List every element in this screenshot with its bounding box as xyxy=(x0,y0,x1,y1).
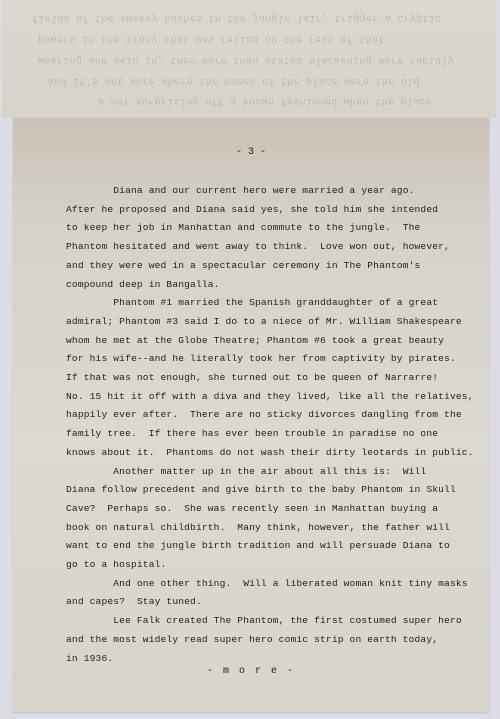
text-line: book on natural childbirth. Many think, … xyxy=(66,519,486,538)
text-line: family tree. If there has ever been trou… xyxy=(66,425,486,444)
folded-top-sheet: fields of the smokey bushes in the jungl… xyxy=(2,0,496,118)
text-line: happily ever after. There are no sticky … xyxy=(66,406,486,425)
text-line: If that was not enough, she turned out t… xyxy=(66,369,486,388)
bleed-through-text: fields of the smokey bushes in the jungl… xyxy=(32,12,496,23)
text-line: Another matter up in the air about all t… xyxy=(66,463,486,482)
text-line: and they were wed in a spectacular cerem… xyxy=(66,257,486,276)
typed-page: - 3 - Diana and our current hero were ma… xyxy=(13,118,489,712)
text-line: After he proposed and Diana said yes, sh… xyxy=(66,201,486,220)
text-line: Phantom hesitated and went away to think… xyxy=(66,238,486,257)
text-line: whom he met at the Globe Theatre; Phanto… xyxy=(66,332,486,351)
text-line: and capes? Stay tuned. xyxy=(66,593,486,612)
text-line: admiral; Phantom #3 said I do to a niece… xyxy=(66,313,486,332)
text-line: No. 15 hit it off with a diva and they l… xyxy=(66,388,486,407)
text-line: Lee Falk created The Phantom, the first … xyxy=(66,612,486,631)
continuation-marker: - m o r e - xyxy=(13,666,489,677)
text-line: go to a hospital. xyxy=(66,556,486,575)
bleed-through-text: and it's not sure where the bones of the… xyxy=(48,75,496,86)
text-line: Cave? Perhaps so. She was recently seen … xyxy=(66,500,486,519)
bleed-through-text: powers in the story that was relied on t… xyxy=(38,33,496,44)
text-line: Phantom #1 married the Spanish granddaug… xyxy=(66,294,486,313)
bleed-through-text: a not surprising off a known fashioned w… xyxy=(98,95,496,106)
text-line: Diana and our current hero were married … xyxy=(66,182,486,201)
text-line: and the most widely read super hero comi… xyxy=(66,631,486,650)
bleed-through-text: wearing and skin in, then more than stat… xyxy=(38,54,496,65)
text-line: And one other thing. Will a liberated wo… xyxy=(66,575,486,594)
text-line: want to end the jungle birth tradition a… xyxy=(66,537,486,556)
text-line: compound deep in Bangalla. xyxy=(66,276,486,295)
page-number: - 3 - xyxy=(13,147,489,158)
text-line: knows about it. Phantoms do not wash the… xyxy=(66,444,486,463)
text-line: Diana follow precedent and give birth to… xyxy=(66,481,486,500)
body-text: Diana and our current hero were married … xyxy=(66,182,486,668)
text-line: for his wife--and he literally took her … xyxy=(66,350,486,369)
text-line: to keep her job in Manhattan and commute… xyxy=(66,219,486,238)
